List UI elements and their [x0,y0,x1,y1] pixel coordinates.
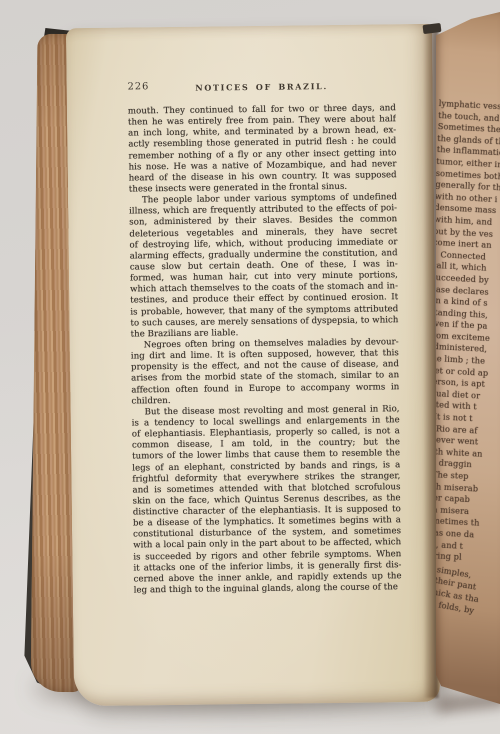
text-line: leg and thigh to the inguinal glands, al… [134,582,402,596]
running-header: NOTICES OF BRAZIL. [128,80,396,93]
book-photograph: 226 NOTICES OF BRAZIL. mouth. They conti… [0,0,500,734]
right-page: lymphatic vessthe touch, andSometimes th… [436,12,500,704]
left-page-content: 226 NOTICES OF BRAZIL. mouth. They conti… [128,78,402,596]
left-page: 226 NOTICES OF BRAZIL. mouth. They conti… [66,24,440,706]
page-header: 226 NOTICES OF BRAZIL. [128,78,396,97]
left-page-text: mouth. They continued to fall for two or… [128,103,402,596]
